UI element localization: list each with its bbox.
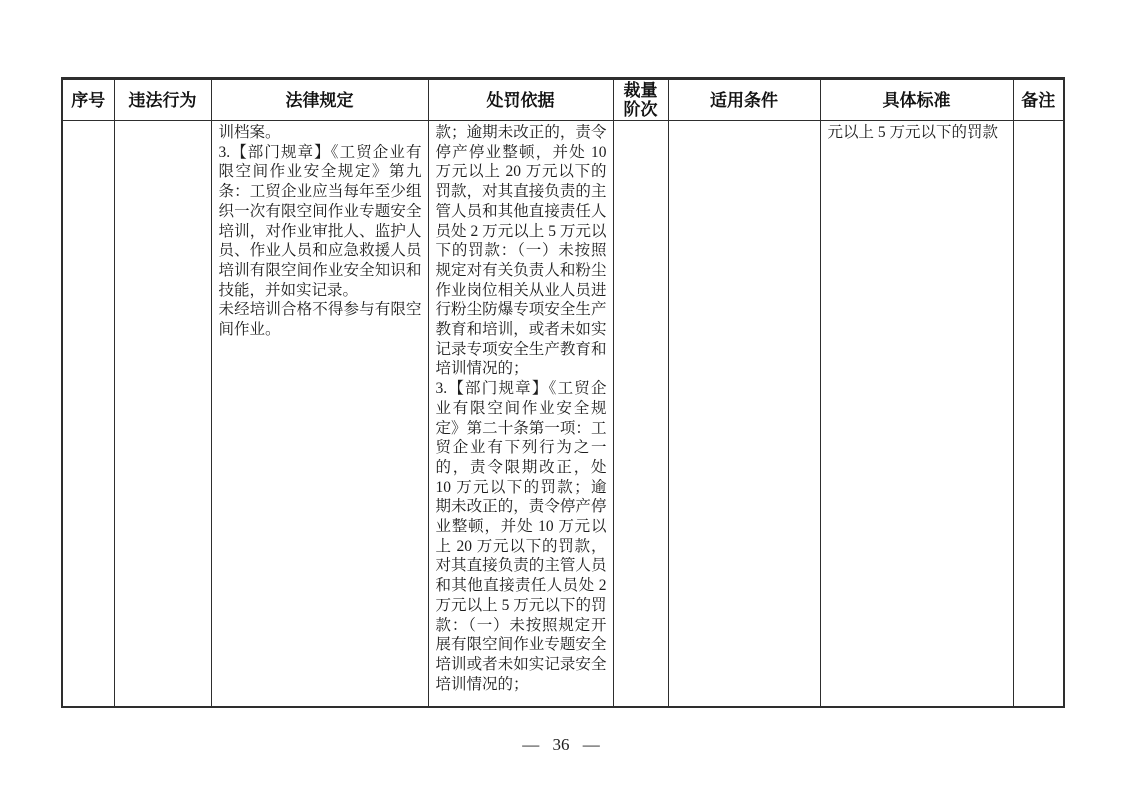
- col-header-serial-number: 序号: [62, 79, 114, 121]
- cell-specific-standard: 元以上 5 万元以下的罚款: [820, 121, 1013, 708]
- col-header-discretion-level: 裁量阶次: [613, 79, 668, 121]
- document-page: 序号 违法行为 法律规定 处罚依据 裁量阶次 适用条件 具体标准 备注 训档案。…: [0, 0, 1122, 793]
- table-row: 训档案。 3.【部门规章】《工贸企业有限空间作业安全规定》第九条：工贸企业应当每…: [62, 121, 1064, 708]
- cell-remarks: [1013, 121, 1064, 708]
- page-number: — 36 —: [0, 735, 1122, 755]
- cell-applicable-conditions: [668, 121, 820, 708]
- table-header-row: 序号 违法行为 法律规定 处罚依据 裁量阶次 适用条件 具体标准 备注: [62, 79, 1064, 121]
- col-header-specific-standard: 具体标准: [820, 79, 1013, 121]
- col-header-violation: 违法行为: [114, 79, 211, 121]
- col-header-legal-provision: 法律规定: [211, 79, 428, 121]
- cell-violation: [114, 121, 211, 708]
- cell-serial-number: [62, 121, 114, 708]
- cell-penalty-basis: 款；逾期未改正的，责令停产停业整顿，并处 10 万元以上 20 万元以下的罚款，…: [428, 121, 613, 708]
- col-header-penalty-basis: 处罚依据: [428, 79, 613, 121]
- penalty-discretion-table: 序号 违法行为 法律规定 处罚依据 裁量阶次 适用条件 具体标准 备注 训档案。…: [61, 77, 1065, 708]
- cell-discretion-level: [613, 121, 668, 708]
- col-header-applicable-conditions: 适用条件: [668, 79, 820, 121]
- cell-legal-provision: 训档案。 3.【部门规章】《工贸企业有限空间作业安全规定》第九条：工贸企业应当每…: [211, 121, 428, 708]
- col-header-remarks: 备注: [1013, 79, 1064, 121]
